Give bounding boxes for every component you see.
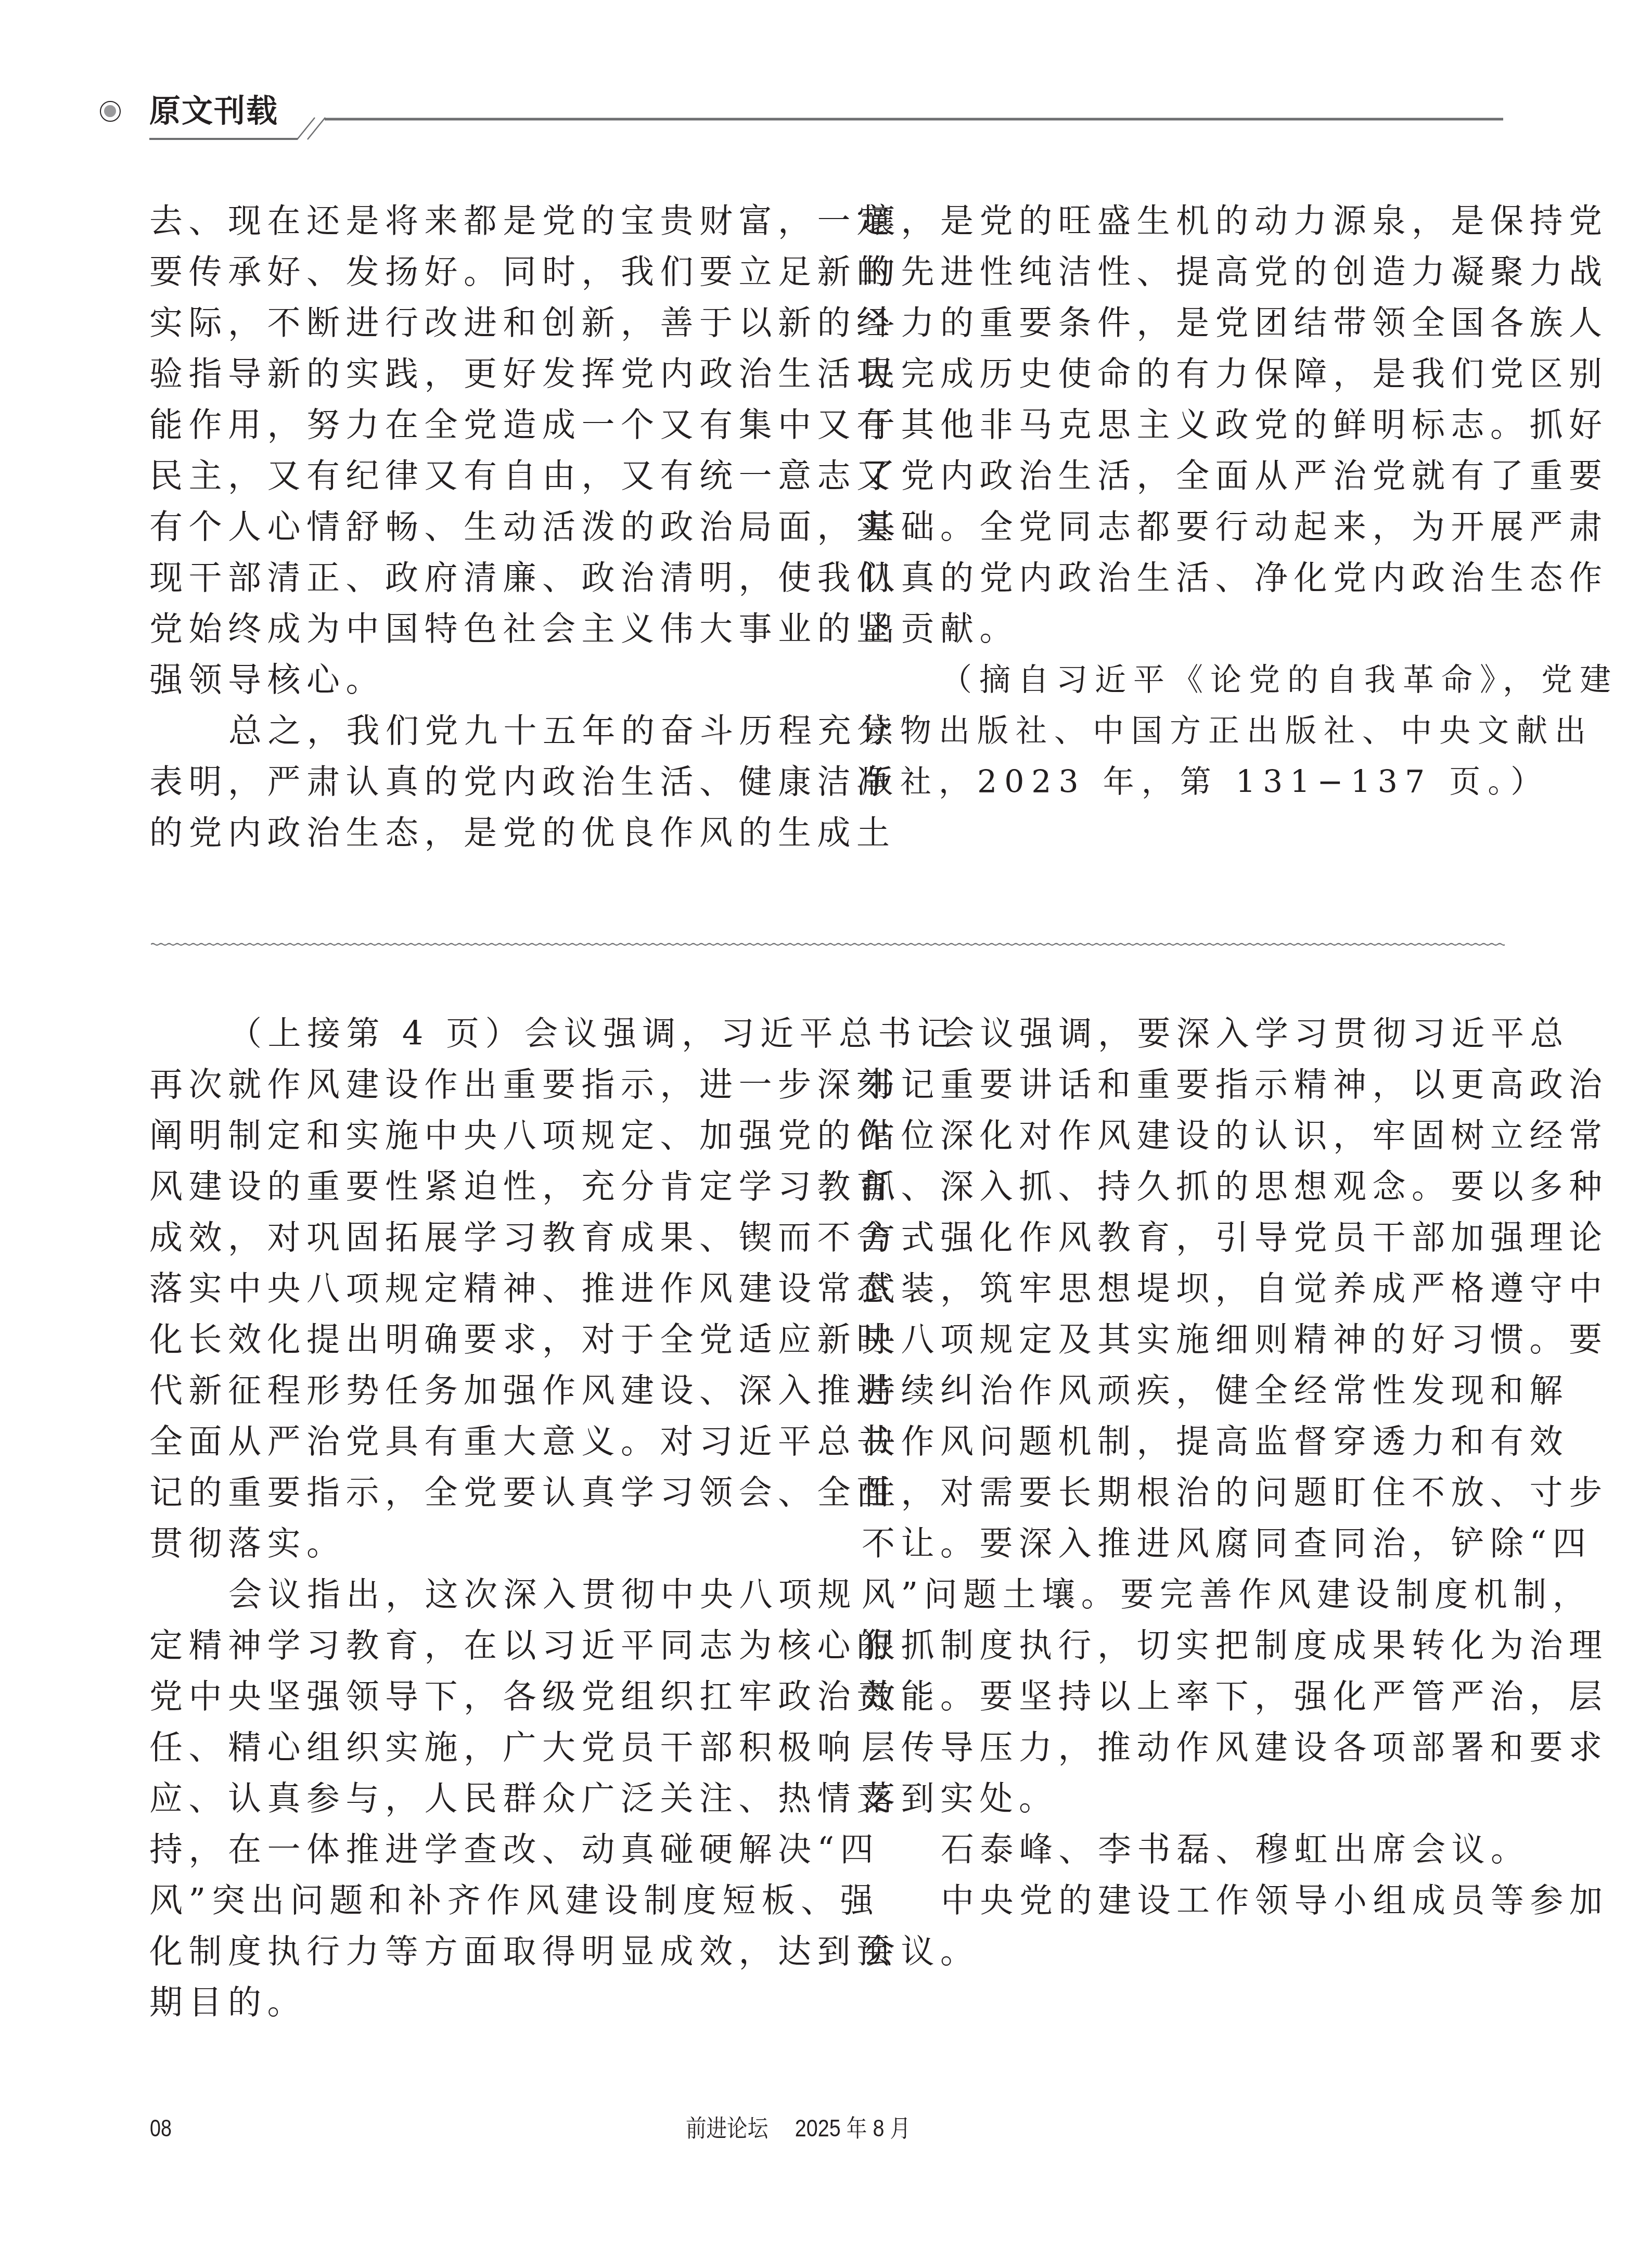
wavy-divider: [151, 941, 1505, 948]
text-line: 阐明制定和实施中央八项规定、加强党的作: [149, 1110, 795, 1161]
text-line: 层传导压力，推动作风建设各项部署和要求: [862, 1722, 1507, 1773]
text-line: 方式强化作风教育，引导党员干部加强理论: [862, 1212, 1507, 1263]
text-line: 实际，不断进行改进和创新，善于以新的经: [149, 298, 795, 349]
text-line: 成效，对巩固拓展学习教育成果、锲而不舍: [149, 1212, 795, 1263]
header-rule: [0, 0, 1652, 166]
text-line: 会议强调，要深入学习贯彻习近平总: [862, 1008, 1507, 1059]
text-line: 能作用，努力在全党造成一个又有集中又有: [149, 400, 795, 451]
text-line: 持续纠治作风顽疾，健全经常性发现和解: [862, 1365, 1507, 1416]
text-line: 去、现在还是将来都是党的宝贵财富，一定: [149, 196, 795, 247]
text-line: 的先进性纯洁性、提高党的创造力凝聚力战: [862, 247, 1507, 298]
top-article-right-column: 壤，是党的旺盛生机的动力源泉，是保持党的先进性纯洁性、提高党的创造力凝聚力战斗力…: [862, 196, 1507, 808]
text-line: 抓、深入抓、持久抓的思想观念。要以多种: [862, 1161, 1507, 1212]
text-line: 贯彻落实。: [149, 1518, 795, 1569]
text-line: 认真的党内政治生活、净化党内政治生态作: [862, 553, 1507, 604]
text-line: 验指导新的实践，更好发挥党内政治生活功: [149, 349, 795, 400]
citation-line: 读物出版社、中国方正出版社、中央文献出: [862, 706, 1507, 757]
top-article-left-column: 去、现在还是将来都是党的宝贵财富，一定要传承好、发扬好。同时，我们要立足新的实际…: [149, 196, 795, 859]
page-number: 08: [150, 2115, 172, 2142]
section-header: 原文刊载: [0, 0, 1652, 166]
text-line: 化长效化提出明确要求，对于全党适应新时: [149, 1314, 795, 1365]
text-line: 再次就作风建设作出重要指示，进一步深刻: [149, 1059, 795, 1110]
text-line: 代新征程形势任务加强作风建设、深入推进: [149, 1365, 795, 1416]
text-line: 应、认真参与，人民群众广泛关注、热情支: [149, 1773, 795, 1824]
text-line: 出贡献。: [862, 604, 1507, 655]
text-line: 民主，又有纪律又有自由，又有统一意志又: [149, 451, 795, 502]
text-line: 会议指出，这次深入贯彻中央八项规: [149, 1569, 795, 1620]
text-line: 石泰峰、李书磊、穆虹出席会议。: [862, 1824, 1507, 1875]
publication-name: 前进论坛: [686, 2115, 768, 2142]
text-line: 有个人心情舒畅、生动活泼的政治局面，实: [149, 502, 795, 553]
text-line: 会议。: [862, 1926, 1507, 1977]
citation-line: 版社，2023 年，第 131−137 页。）: [862, 757, 1507, 808]
text-line: 要传承好、发扬好。同时，我们要立足新的: [149, 247, 795, 298]
text-line: 民完成历史使命的有力保障，是我们党区别: [862, 349, 1507, 400]
footer-publication: 前进论坛2025 年 8 月: [686, 2115, 911, 2142]
issue-date: 2025 年 8 月: [795, 2115, 911, 2142]
text-line: 不让。要深入推进风腐同查同治，铲除“四: [862, 1518, 1507, 1569]
text-line: 于其他非马克思主义政党的鲜明标志。抓好: [862, 400, 1507, 451]
citation: （摘自习近平《论党的自我革命》，党建读物出版社、中国方正出版社、中央文献出版社，…: [862, 655, 1507, 808]
text-line: 风”问题土壤。要完善作风建设制度机制，: [862, 1569, 1507, 1620]
text-line: （上接第 4 页）会议强调，习近平总书记: [149, 1008, 795, 1059]
text-line: 效能。要坚持以上率下，强化严管严治，层: [862, 1671, 1507, 1722]
text-line: 表明，严肃认真的党内政治生活、健康洁净: [149, 757, 795, 808]
text-line: 全面从严治党具有重大意义。对习近平总书: [149, 1416, 795, 1467]
text-line: 央八项规定及其实施细则精神的好习惯。要: [862, 1314, 1507, 1365]
text-line: 总之，我们党九十五年的奋斗历程充分: [149, 706, 795, 757]
text-line: 书记重要讲话和重要指示精神，以更高政治: [862, 1059, 1507, 1110]
text-line: 武装，筑牢思想堤坝，自觉养成严格遵守中: [862, 1263, 1507, 1314]
text-line: 期目的。: [149, 1977, 795, 2028]
text-line: 党中央坚强领导下，各级党组织扛牢政治责: [149, 1671, 795, 1722]
text-line: 现干部清正、政府清廉、政治清明，使我们: [149, 553, 795, 604]
text-line: 定精神学习教育，在以习近平同志为核心的: [149, 1620, 795, 1671]
bottom-article-left-column: （上接第 4 页）会议强调，习近平总书记再次就作风建设作出重要指示，进一步深刻阐…: [149, 1008, 795, 2028]
top-article-right-body: 壤，是党的旺盛生机的动力源泉，是保持党的先进性纯洁性、提高党的创造力凝聚力战斗力…: [862, 196, 1507, 655]
text-line: 站位深化对作风建设的认识，牢固树立经常: [862, 1110, 1507, 1161]
text-line: 斗力的重要条件，是党团结带领全国各族人: [862, 298, 1507, 349]
text-line: 落实中央八项规定精神、推进作风建设常态: [149, 1263, 795, 1314]
text-line: 基础。全党同志都要行动起来，为开展严肃: [862, 502, 1507, 553]
bottom-article-right-column: 会议强调，要深入学习贯彻习近平总书记重要讲话和重要指示精神，以更高政治站位深化对…: [862, 1008, 1507, 1977]
text-line: 中央党的建设工作领导小组成员等参加: [862, 1875, 1507, 1926]
text-line: 党始终成为中国特色社会主义伟大事业的坚: [149, 604, 795, 655]
text-line: 持，在一体推进学查改、动真碰硬解决“四: [149, 1824, 795, 1875]
text-line: 了党内政治生活，全面从严治党就有了重要: [862, 451, 1507, 502]
text-line: 性，对需要长期根治的问题盯住不放、寸步: [862, 1467, 1507, 1518]
text-line: 强领导核心。: [149, 655, 795, 706]
text-line: 壤，是党的旺盛生机的动力源泉，是保持党: [862, 196, 1507, 247]
text-line: 决作风问题机制，提高监督穿透力和有效: [862, 1416, 1507, 1467]
text-line: 落到实处。: [862, 1773, 1507, 1824]
text-line: 记的重要指示，全党要认真学习领会、全面: [149, 1467, 795, 1518]
text-line: 任、精心组织实施，广大党员干部积极响: [149, 1722, 795, 1773]
text-line: 风”突出问题和补齐作风建设制度短板、强: [149, 1875, 795, 1926]
citation-line: （摘自习近平《论党的自我革命》，党建: [862, 655, 1507, 706]
text-line: 化制度执行力等方面取得明显成效，达到预: [149, 1926, 795, 1977]
text-line: 狠抓制度执行，切实把制度成果转化为治理: [862, 1620, 1507, 1671]
text-line: 的党内政治生态，是党的优良作风的生成土: [149, 808, 795, 859]
text-line: 风建设的重要性紧迫性，充分肯定学习教育: [149, 1161, 795, 1212]
